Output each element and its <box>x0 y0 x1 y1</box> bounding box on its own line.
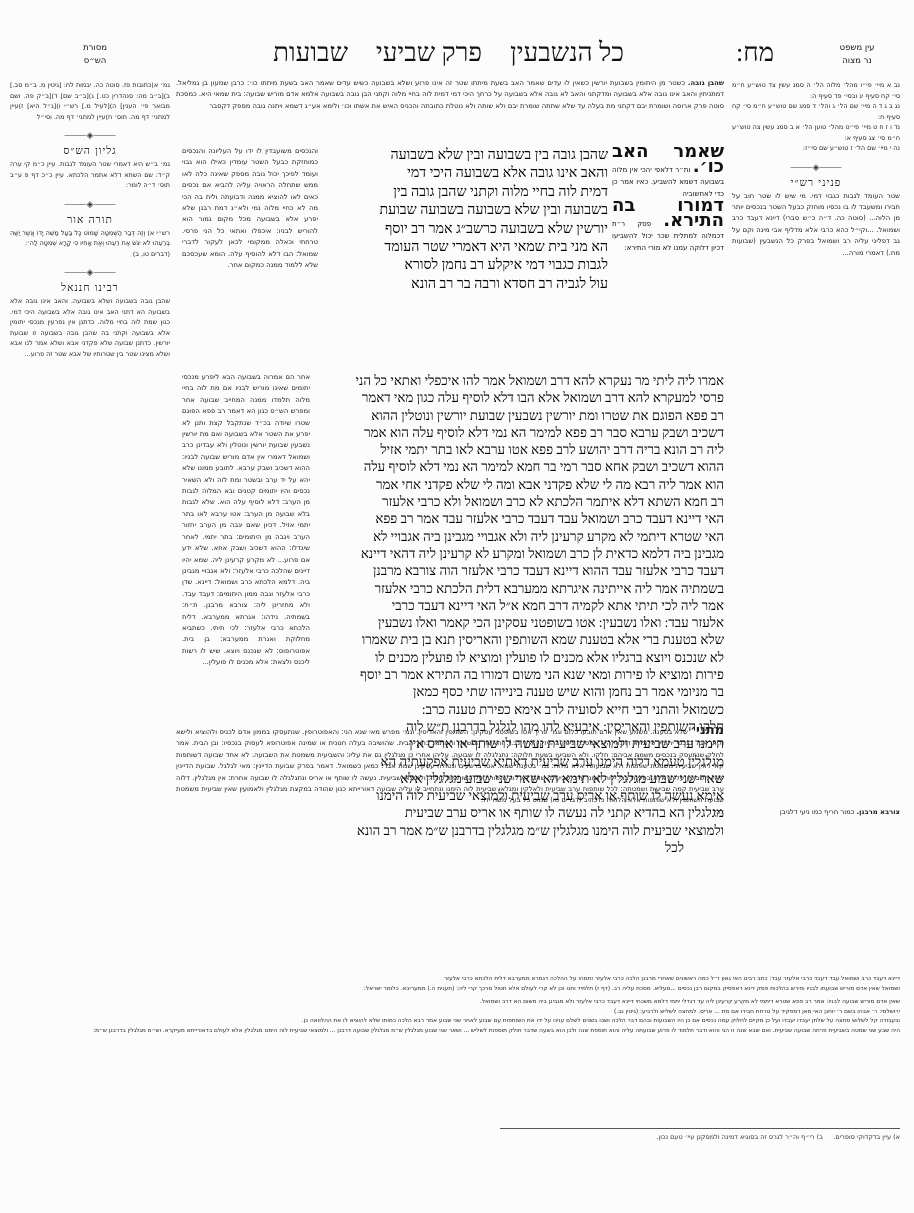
gemara-line: דעבד כרבי אלעזר עבד ההוא דיינא דעבד כרבי… <box>304 562 724 579</box>
ner-mitzvah-title: נר מצוה <box>822 55 892 68</box>
ein-mishpat-entry: נד ו ז ח ט מיי׳ פי״ט מהל׳ טוען הל׳ א ב ס… <box>732 122 900 143</box>
mishnah-commentary-text: שלא בטענה. משמע שאין אדם תובעו כלום וגמ׳… <box>176 728 724 804</box>
gemara-main-narrow: שהבן גובה בין בשבועה ובין שלא בשבועה והא… <box>316 146 608 293</box>
penei-rashi-text: שטר העומד לגבות כגבוי דמי. מי שיש לו שטר… <box>732 191 900 801</box>
gemara-line: אמר ליה לכי תיתי אתא לקמיה דרב חמא א״ל ה… <box>304 597 724 614</box>
gemara-line: עול לגביה רב חסדא ורבה בר רב הונא <box>316 275 608 293</box>
gemara-line: דמית לוה בחיי מלוה וקתני שהבן גובה בין <box>316 183 608 201</box>
gemara-line: לגבות כגבוי דמי איקלע רב נחמן לסורא <box>316 256 608 274</box>
gemara-line: הא מני בית שמאי היא דאמרי שטר העומד <box>316 238 608 256</box>
gemara-line: הוא אמר ליה רבא מה לי שלא פקדני אבא ומה … <box>304 476 724 493</box>
gemara-line: ליה רב הונא בריה דרב יהושע לרב פפא אטו ע… <box>304 441 724 458</box>
rabbeinu-chananel-title: רבינו חננאל <box>10 282 170 294</box>
ein-mishpat-entry: נב א מיי׳ פי״ו מהל׳ מלוה הל׳ ה סמג עשין … <box>732 80 900 101</box>
gemara-line: אלעזר עבד: ואלו נשבעין: אטו בשופטני עסקי… <box>304 614 724 631</box>
gemara-line: רב חמא השתא דלא איתמר הלכתא לא כרב ושמוא… <box>304 493 724 510</box>
gemara-line: מגבינן ביה דלמא כדאית לן כרב ושמואל ומקר… <box>304 545 724 562</box>
top-commentary: שהבן גובה. כשטר מן היתומין בשבועת יורשין… <box>176 78 724 112</box>
tzurba-title: צורבא מרבנן. <box>857 808 900 816</box>
page-header: עין משפט נר מצוה מח: כל הנשבעין פרק שביע… <box>0 38 914 74</box>
gemara-line: בשבועה ובין שלא בשבועה בשבועה שבועת <box>316 201 608 219</box>
ein-mishpat-entry: נג ב ג ד ה מיי׳ שם הל׳ ג והל׳ ד סמג שם ט… <box>732 101 900 122</box>
torah-or-ref: (דברים טו, ב) <box>10 249 170 260</box>
mishnah-dibbur: מתני׳ <box>690 725 724 738</box>
bottom-note-line: היה שבע שני שמטה בשביעית פרחה שבועה שביע… <box>14 1027 900 1037</box>
gemara-line: בר מניומי אמר רב נחמן והוא שיש טענה ביני… <box>304 683 724 700</box>
gemara-line: כשמואל והתני רבי חייא לסועיה לרב אימא כפ… <box>304 701 724 718</box>
hashas-title: הש״ס <box>70 55 120 68</box>
bottom-notes: דיינא דעבד כרב ושמואל עבד דעבד כרבי אלעז… <box>14 975 900 1036</box>
torah-or-text: רש״י א) וְזֶה דְּבַר הַשְּׁמִטָּה שָׁמוֹ… <box>10 228 170 249</box>
mesorah-column: גמ׳ א)כתובות פז. סוטה כה. יבמות לח: [גיט… <box>10 80 170 806</box>
gilyon-hashas-title: גליון הש״ס <box>10 145 170 157</box>
gemara-line: פירות ומוציא לו פירות ומאי שנא הני משום … <box>304 666 724 683</box>
gemara-line: האי שטרא דיתמי לא מקרע קרעינן ליה ולא אג… <box>304 528 724 545</box>
daf-number: מח: <box>736 38 774 68</box>
gemara-line: בשמתיה אמר ליה אייתינה איגרתא ממערבא דלי… <box>304 580 724 597</box>
gemara-line: רב פפא הפוגם את שטרו ומת יורשין נשבעין ש… <box>304 407 724 424</box>
bottom-note-line: שאין אדם מוריש שבועה לבניו: אמר רב פפא ש… <box>14 998 900 1008</box>
ein-mishpat-label: עין משפט נר מצוה <box>822 42 892 68</box>
gilyon-hashas-text: גמ׳ ב״ש היא דאמרי שטר העומד לגבות. עיין … <box>10 159 170 191</box>
bottom-note-line: ירושלמי: ר׳ אבהו בשם ר׳ יוחנן האי מאן דמ… <box>14 1008 900 1018</box>
bottom-note-line: ובעבודה קל לשלוש מחצה על שלחן יעבדו יעבד… <box>14 1017 900 1027</box>
gemara-line: האי דיינא דעבד כרב ושמואל עבד דעבד כרבי … <box>304 510 724 527</box>
gemara-refs: גמ׳ א)כתובות פז. סוטה כה. יבמות לח: [גיט… <box>10 80 170 122</box>
gemara-line: לא שנכנס ויוצא ברגליו אלא מכנים לו פועלי… <box>304 649 724 666</box>
left-commentary: אחר הם אמרוה בשבועה הבא ליפרע מנכסי יתומ… <box>182 372 310 717</box>
gemara-line: שלא בטענת ברי אלא בטענת שמא השותפין והאר… <box>304 631 724 648</box>
gemara-line: והאב אינו גובה אלא בשבועה היכי דמי <box>316 164 608 182</box>
top-commentary-text: כשטר מן היתומין בשבועת יורשין כשאין לו ע… <box>176 79 724 110</box>
ein-mishpat-column: נב א מיי׳ פי״ו מהל׳ מלוה הל׳ ה סמג עשין … <box>732 80 900 818</box>
gemara-line: יורשין שלא בשבועה כרשב״ג אמר רב יוסף <box>316 220 608 238</box>
ornament-divider-icon: ⸻◈⸻ <box>10 128 170 141</box>
gemara-line: שהבן גובה בין בשבועה ובין שלא בשבועה <box>316 146 608 164</box>
tzurba-note: צורבא מרבנן. כמור חריף כמו ניעי דלגיבן <box>732 807 900 818</box>
chapter-name: כל הנשבעין <box>510 38 624 68</box>
gemara-line: דשכיב ושבק ערבא סבר רב פפא למימר הא נמי … <box>304 424 724 441</box>
penei-rashi-title: פניני רש״י <box>732 177 900 189</box>
mesorah-title: מסורת <box>70 42 120 55</box>
top-commentary-dibbur: שהבן גובה. <box>688 79 724 87</box>
ornament-divider-icon: ⸻◈⸻ <box>10 265 170 278</box>
tosafot-commentary: והנכסים משועבדין לו ידו על העליונה והנכס… <box>182 146 318 372</box>
mesorah-label: מסורת הש״ס <box>70 42 120 68</box>
footnote-a: א) עיין בדקדוקי סופרים. <box>833 1133 900 1141</box>
gemara-line: אמרו ליה ליתי מר נעקרא להא דרב ושמואל אמ… <box>304 372 724 389</box>
gemara-line: פרסי למעקרא להא דרב ושמואל אלא הבו דלא ל… <box>304 389 724 406</box>
footnotes: א) עיין בדקדוקי סופרים. ב) רי״ף וה״ר לגר… <box>500 1128 900 1141</box>
ein-mishpat-entry: נה י מיי׳ שם הל׳ ז טוש״ע שם סי״ז: <box>732 143 900 154</box>
mishnah-commentary: מתני׳ שלא בטענה. משמע שאין אדם תובעו כלו… <box>176 725 724 965</box>
torah-or-title: תורה אור <box>10 214 170 226</box>
chapter-number: פרק שביעי <box>376 38 482 68</box>
catchword: לכל <box>176 807 724 818</box>
bottom-note-line: דיינא דעבד כרב ושמואל עבד דעבד כרבי אלעז… <box>14 975 900 985</box>
footnote-b: ב) רי״ף וה״ר לגרס זה בסוגיא דמינה ולמסקנ… <box>656 1133 823 1141</box>
ornament-divider-icon: ⸻◈⸻ <box>732 160 900 173</box>
tzurba-text: כמור חריף כמו ניעי דלגיבן <box>780 808 854 816</box>
rabbeinu-chananel-text: שהבן גובה בשבועה ושלא בשבועה. והאב אינו … <box>10 296 170 806</box>
tractate-name: שבועות <box>273 38 348 68</box>
gemara-line: ההוא דשכיב ושבק אחא סבר רמי בר חמא למימר… <box>304 458 724 475</box>
rashi-commentary: שאמר האב כו׳. ות״ר דלאפי יהכי אין מלוה ב… <box>612 146 724 254</box>
ein-mishpat-title: עין משפט <box>822 42 892 55</box>
ornament-divider-icon: ⸻◈⸻ <box>10 197 170 210</box>
bottom-note-line: ושמואל שאין אדם מוריש שבועתו לבניו ופירש… <box>14 985 900 995</box>
